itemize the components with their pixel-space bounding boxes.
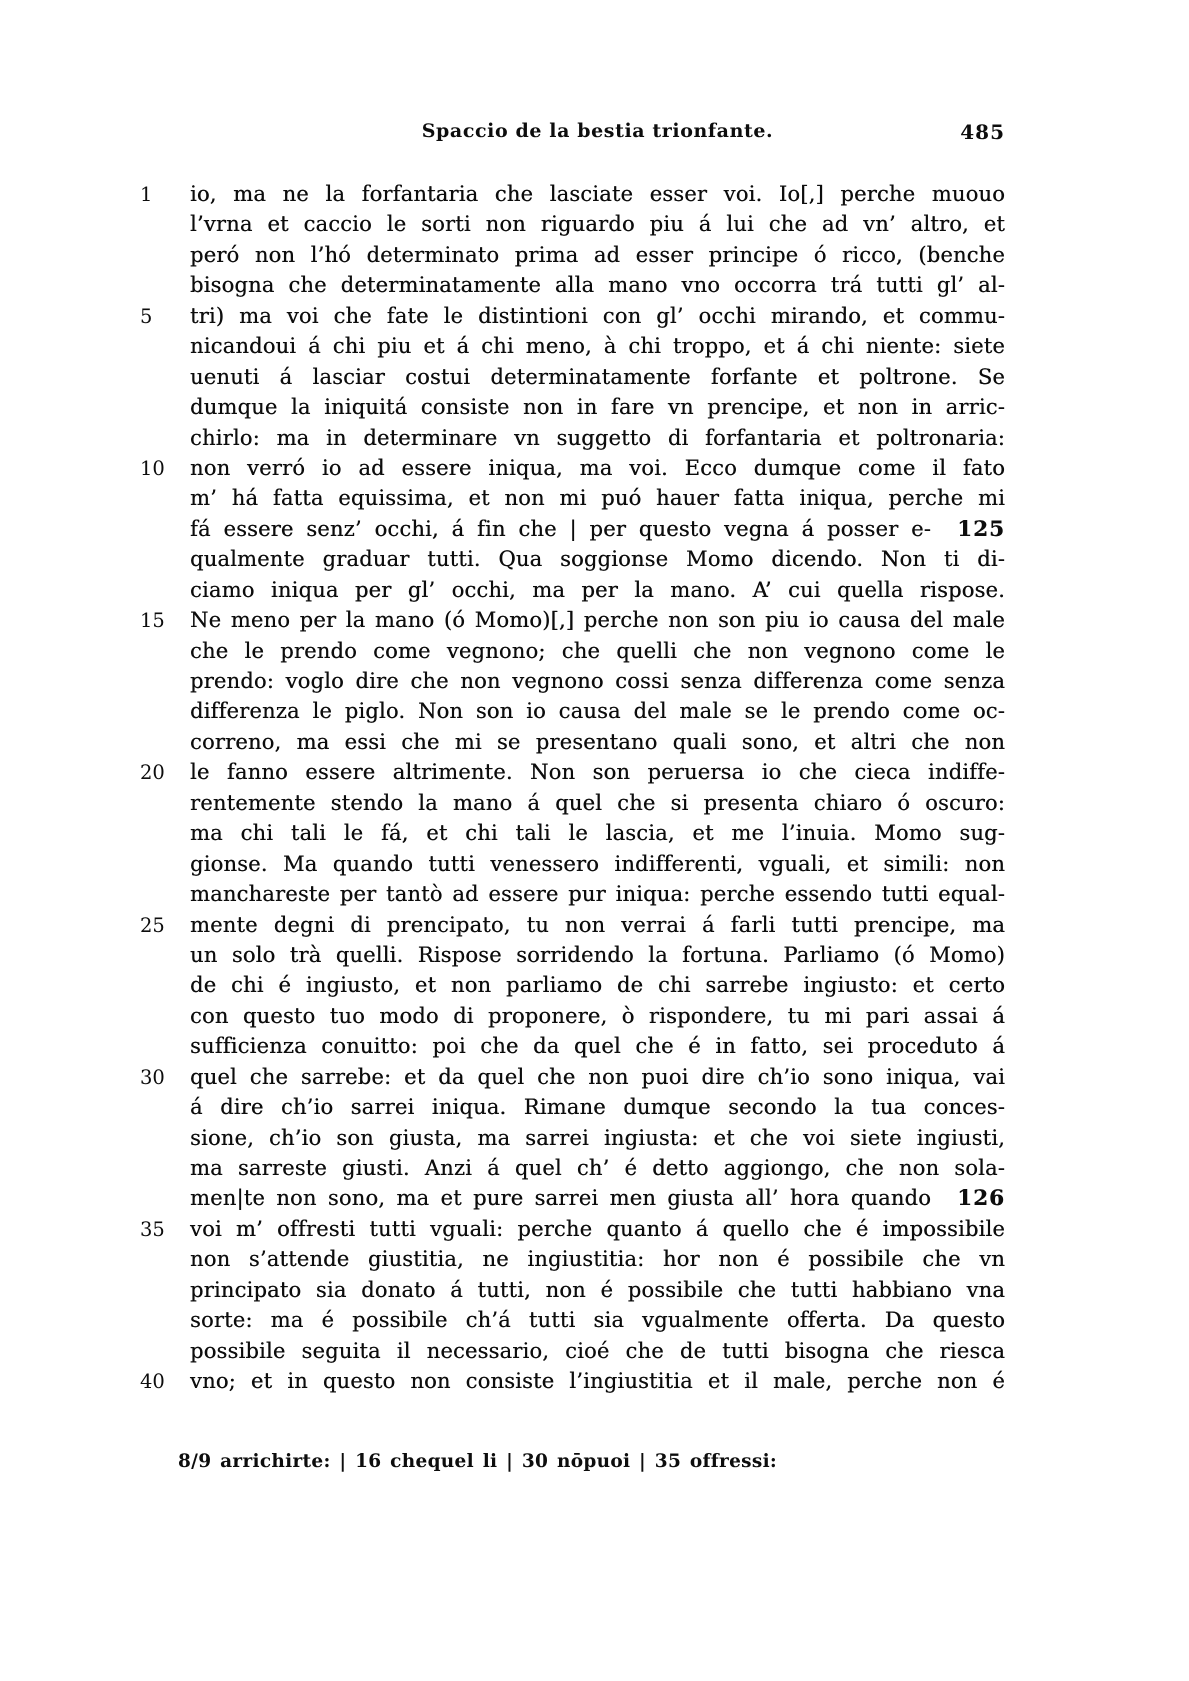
line-text: non verró io ad essere iniqua, ma voi. E… (190, 453, 1005, 483)
apparatus-note: 8/9 arrichirte: | 16 chequel li | 30 nōp… (178, 1451, 777, 1472)
text-line: ciamo iniqua per gl’ occhi, ma per la ma… (140, 575, 1005, 605)
text-line: chirlo: ma in determinare vn suggetto di… (140, 423, 1005, 453)
line-number: 35 (140, 1215, 190, 1245)
text-line: prendo: voglo dire che non vegnono cossi… (140, 666, 1005, 696)
line-number: 5 (140, 302, 190, 332)
line-text: sione, ch’io son giusta, ma sarrei ingiu… (190, 1123, 1005, 1153)
line-text: che le prendo come vegnono; che quelli c… (190, 636, 1005, 666)
line-text: ma sarreste giusti. Anzi á quel ch’ é de… (190, 1153, 1005, 1183)
folio-number: 125 (931, 515, 1005, 545)
text-line: nicandoui á chi piu et á chi meno, à chi… (140, 331, 1005, 361)
line-text: rentemente stendo la mano á quel che si … (190, 788, 1005, 818)
folio-number: 126 (931, 1184, 1005, 1214)
line-text: gionse. Ma quando tutti venessero indiff… (190, 849, 1005, 879)
line-text: possibile seguita il necessario, cioé ch… (190, 1336, 1005, 1366)
line-text: voi m’ offresti tutti vguali: perche qua… (190, 1214, 1005, 1244)
text-line: non s’attende giustitia, ne ingiustitia:… (140, 1244, 1005, 1274)
line-number: 10 (140, 454, 190, 484)
text-line: possibile seguita il necessario, cioé ch… (140, 1336, 1005, 1366)
text-line: sione, ch’io son giusta, ma sarrei ingiu… (140, 1123, 1005, 1153)
line-text: non s’attende giustitia, ne ingiustitia:… (190, 1244, 1005, 1274)
line-text: uenuti á lasciar costui determinatamente… (190, 362, 1005, 392)
line-text: fá essere senz’ occhi, á fin che | per q… (190, 514, 931, 544)
line-text: prendo: voglo dire che non vegnono cossi… (190, 666, 1005, 696)
line-text: l’vrna et caccio le sorti non riguardo p… (190, 209, 1005, 239)
line-text: sufficienza conuitto: poi che da quel ch… (190, 1031, 1005, 1061)
text-line: men|te non sono, ma et pure sarrei men g… (140, 1183, 1005, 1213)
line-text: ciamo iniqua per gl’ occhi, ma per la ma… (190, 575, 1005, 605)
line-text: á dire ch’io sarrei iniqua. Rimane dumqu… (190, 1092, 1005, 1122)
text-line: ma sarreste giusti. Anzi á quel ch’ é de… (140, 1153, 1005, 1183)
text-line: principato sia donato á tutti, non é pos… (140, 1275, 1005, 1305)
line-text: principato sia donato á tutti, non é pos… (190, 1275, 1005, 1305)
book-page: Spaccio de la bestia trionfante. 485 1 i… (0, 0, 1189, 1681)
line-text: mente degni di prencipato, tu non verrai… (190, 910, 1005, 940)
text-line: differenza le piglo. Non son io causa de… (140, 696, 1005, 726)
text-line: peró non l’hó determinato prima ad esser… (140, 240, 1005, 270)
line-number: 25 (140, 911, 190, 941)
text-line: con questo tuo modo di proponere, ò risp… (140, 1001, 1005, 1031)
line-number: 20 (140, 758, 190, 788)
text-line: l’vrna et caccio le sorti non riguardo p… (140, 209, 1005, 239)
line-text: correno, ma essi che mi se presentano qu… (190, 727, 1005, 757)
line-number: 40 (140, 1367, 190, 1397)
text-line: 10 non verró io ad essere iniqua, ma voi… (140, 453, 1005, 483)
line-text: tri) ma voi che fate le distintioni con … (190, 301, 1005, 331)
text-line: fá essere senz’ occhi, á fin che | per q… (140, 514, 1005, 544)
line-text: nicandoui á chi piu et á chi meno, à chi… (190, 331, 1005, 361)
line-text: Ne meno per la mano (ó Momo)[,] perche n… (190, 605, 1005, 635)
text-block: 1 io, ma ne la forfantaria che lasciate … (140, 179, 1005, 1397)
text-line: rentemente stendo la mano á quel che si … (140, 788, 1005, 818)
text-line: 35 voi m’ offresti tutti vguali: perche … (140, 1214, 1005, 1244)
page-number: 485 (960, 120, 1005, 144)
line-text: un solo trà quelli. Rispose sorridendo l… (190, 940, 1005, 970)
line-text: differenza le piglo. Non son io causa de… (190, 696, 1005, 726)
text-line: 30 quel che sarrebe: et da quel che non … (140, 1062, 1005, 1092)
text-line: sorte: ma é possibile ch’á tutti sia vgu… (140, 1305, 1005, 1335)
text-line: 15 Ne meno per la mano (ó Momo)[,] perch… (140, 605, 1005, 635)
line-text: vno; et in questo non consiste l’ingiust… (190, 1366, 1005, 1396)
line-text: peró non l’hó determinato prima ad esser… (190, 240, 1005, 270)
text-line: m’ há fatta equissima, et non mi puó hau… (140, 483, 1005, 513)
line-text: men|te non sono, ma et pure sarrei men g… (190, 1183, 931, 1213)
line-text: ma chi tali le fá, et chi tali le lascia… (190, 818, 1005, 848)
text-line: ma chi tali le fá, et chi tali le lascia… (140, 818, 1005, 848)
text-line: á dire ch’io sarrei iniqua. Rimane dumqu… (140, 1092, 1005, 1122)
text-line: dumque la iniquitá consiste non in fare … (140, 392, 1005, 422)
line-text: io, ma ne la forfantaria che lasciate es… (190, 179, 1005, 209)
line-number: 15 (140, 606, 190, 636)
line-text: dumque la iniquitá consiste non in fare … (190, 392, 1005, 422)
line-number: 1 (140, 180, 190, 210)
text-line: 40 vno; et in questo non consiste l’ingi… (140, 1366, 1005, 1396)
line-text: bisogna che determinatamente alla mano v… (190, 270, 1005, 300)
line-text: chirlo: ma in determinare vn suggetto di… (190, 423, 1005, 453)
line-text: quel che sarrebe: et da quel che non puo… (190, 1062, 1005, 1092)
text-line: manchareste per tantò ad essere pur iniq… (140, 879, 1005, 909)
text-line: 1 io, ma ne la forfantaria che lasciate … (140, 179, 1005, 209)
running-title: Spaccio de la bestia trionfante. (190, 120, 1005, 142)
text-line: bisogna che determinatamente alla mano v… (140, 270, 1005, 300)
text-line: correno, ma essi che mi se presentano qu… (140, 727, 1005, 757)
line-text: con questo tuo modo di proponere, ò risp… (190, 1001, 1005, 1031)
text-line: uenuti á lasciar costui determinatamente… (140, 362, 1005, 392)
line-text: sorte: ma é possibile ch’á tutti sia vgu… (190, 1305, 1005, 1335)
page-header: Spaccio de la bestia trionfante. 485 (190, 120, 1005, 152)
text-line: 20 le fanno essere altrimente. Non son p… (140, 757, 1005, 787)
text-line: un solo trà quelli. Rispose sorridendo l… (140, 940, 1005, 970)
text-line: 5 tri) ma voi che fate le distintioni co… (140, 301, 1005, 331)
line-text: qualmente graduar tutti. Qua soggionse M… (190, 544, 1005, 574)
text-line: 25 mente degni di prencipato, tu non ver… (140, 910, 1005, 940)
line-number: 30 (140, 1063, 190, 1093)
text-line: gionse. Ma quando tutti venessero indiff… (140, 849, 1005, 879)
text-line: sufficienza conuitto: poi che da quel ch… (140, 1031, 1005, 1061)
text-line: qualmente graduar tutti. Qua soggionse M… (140, 544, 1005, 574)
line-text: manchareste per tantò ad essere pur iniq… (190, 879, 1005, 909)
line-text: m’ há fatta equissima, et non mi puó hau… (190, 483, 1005, 513)
text-line: che le prendo come vegnono; che quelli c… (140, 636, 1005, 666)
text-line: de chi é ingiusto, et non parliamo de ch… (140, 970, 1005, 1000)
line-text: le fanno essere altrimente. Non son peru… (190, 757, 1005, 787)
line-text: de chi é ingiusto, et non parliamo de ch… (190, 970, 1005, 1000)
